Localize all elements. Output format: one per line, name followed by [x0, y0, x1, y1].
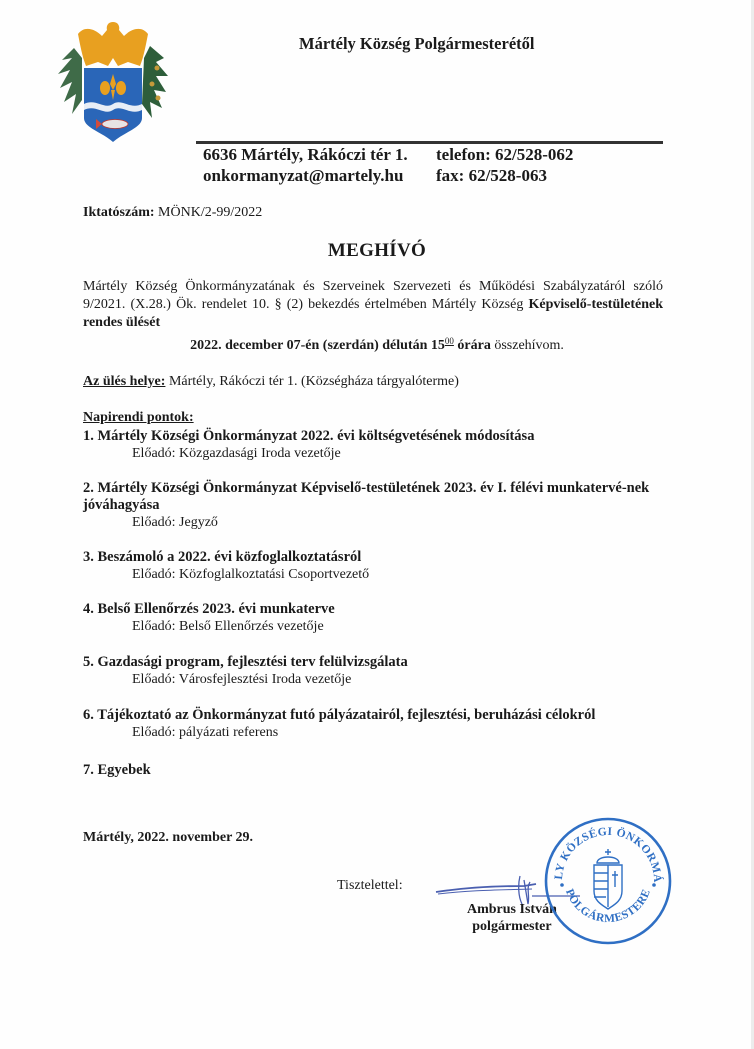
agenda-item: 6. Tájékoztató az Önkormányzat futó pály… — [83, 707, 668, 741]
agenda-item-title: 6. Tájékoztató az Önkormányzat futó pály… — [83, 707, 668, 724]
agenda-item-presenter: Előadó: Városfejlesztési Iroda vezetője — [83, 671, 668, 688]
reference-value: MÖNK/2-99/2022 — [158, 205, 262, 220]
letterhead-email: onkormanyzat@martely.hu — [203, 166, 403, 186]
meeting-date: 2022. december 07-én (szerdán) délután 1… — [0, 338, 754, 354]
intro-paragraph: Mártély Község Önkormányzatának és Szerv… — [83, 278, 663, 332]
reference-number: Iktatószám: MÖNK/2-99/2022 — [83, 205, 262, 221]
agenda-item: 3. Beszámoló a 2022. évi közfoglalkoztat… — [83, 549, 668, 583]
agenda-item-presenter: Előadó: pályázati referens — [83, 724, 668, 741]
agenda-item: 4. Belső Ellenőrzés 2023. évi munkaterve… — [83, 601, 668, 635]
agenda-item-presenter: Előadó: Belső Ellenőrzés vezetője — [83, 618, 668, 635]
agenda-item-title: 5. Gazdasági program, fejlesztési terv f… — [83, 654, 668, 671]
official-stamp-icon: MÁRTÉLY KÖZSÉGI ÖNKORMÁNYZAT POLGÁRMESTE… — [542, 815, 674, 947]
agenda-item-title: 7. Egyebek — [83, 762, 668, 779]
agenda-item-presenter: Előadó: Közgazdasági Iroda vezetője — [83, 445, 668, 462]
letterhead-address: 6636 Mártély, Rákóczi tér 1. — [203, 145, 408, 165]
coat-of-arms-icon — [52, 18, 174, 144]
agenda-item: 1. Mártély Községi Önkormányzat 2022. év… — [83, 428, 668, 462]
letterhead-fax: fax: 62/528-063 — [436, 166, 547, 186]
letterhead-telephone: telefon: 62/528-062 — [436, 145, 573, 165]
agenda-item-presenter: Előadó: Jegyző — [83, 514, 668, 531]
meeting-time-minutes: 00 — [445, 336, 454, 346]
regards-text: Tisztelettel: — [337, 878, 403, 894]
agenda-heading: Napirendi pontok: — [83, 410, 194, 426]
letterhead-title: Mártély Község Polgármesterétől — [299, 34, 534, 54]
agenda-item-title: 4. Belső Ellenőrzés 2023. évi munkaterve — [83, 601, 668, 618]
closing-place-date: Mártély, 2022. november 29. — [83, 830, 253, 846]
meeting-date-suffix: összehívom. — [491, 338, 564, 353]
meeting-place-label: Az ülés helye: — [83, 374, 165, 389]
agenda-item-title: 1. Mártély Községi Önkormányzat 2022. év… — [83, 428, 668, 445]
agenda-item: 7. Egyebek — [83, 762, 668, 779]
meeting-place: Az ülés helye: Mártély, Rákóczi tér 1. (… — [83, 374, 459, 390]
meeting-date-bold: 2022. december 07-én (szerdán) délután 1… — [190, 338, 445, 353]
agenda-item: 2. Mártély Községi Önkormányzat Képvisel… — [83, 480, 668, 531]
agenda-item-title: 3. Beszámoló a 2022. évi közfoglalkoztat… — [83, 549, 668, 566]
agenda-item: 5. Gazdasági program, fejlesztési terv f… — [83, 654, 668, 688]
agenda-item-title: 2. Mártély Községi Önkormányzat Képvisel… — [83, 480, 668, 514]
reference-label: Iktatószám: — [83, 205, 155, 220]
letterhead-divider — [196, 141, 663, 144]
meeting-date-bold-after: órára — [454, 338, 491, 353]
agenda-item-presenter: Előadó: Közfoglalkoztatási Csoportvezető — [83, 566, 668, 583]
document-title: MEGHÍVÓ — [0, 240, 754, 262]
meeting-place-value: Mártély, Rákóczi tér 1. (Községháza tárg… — [165, 374, 458, 389]
